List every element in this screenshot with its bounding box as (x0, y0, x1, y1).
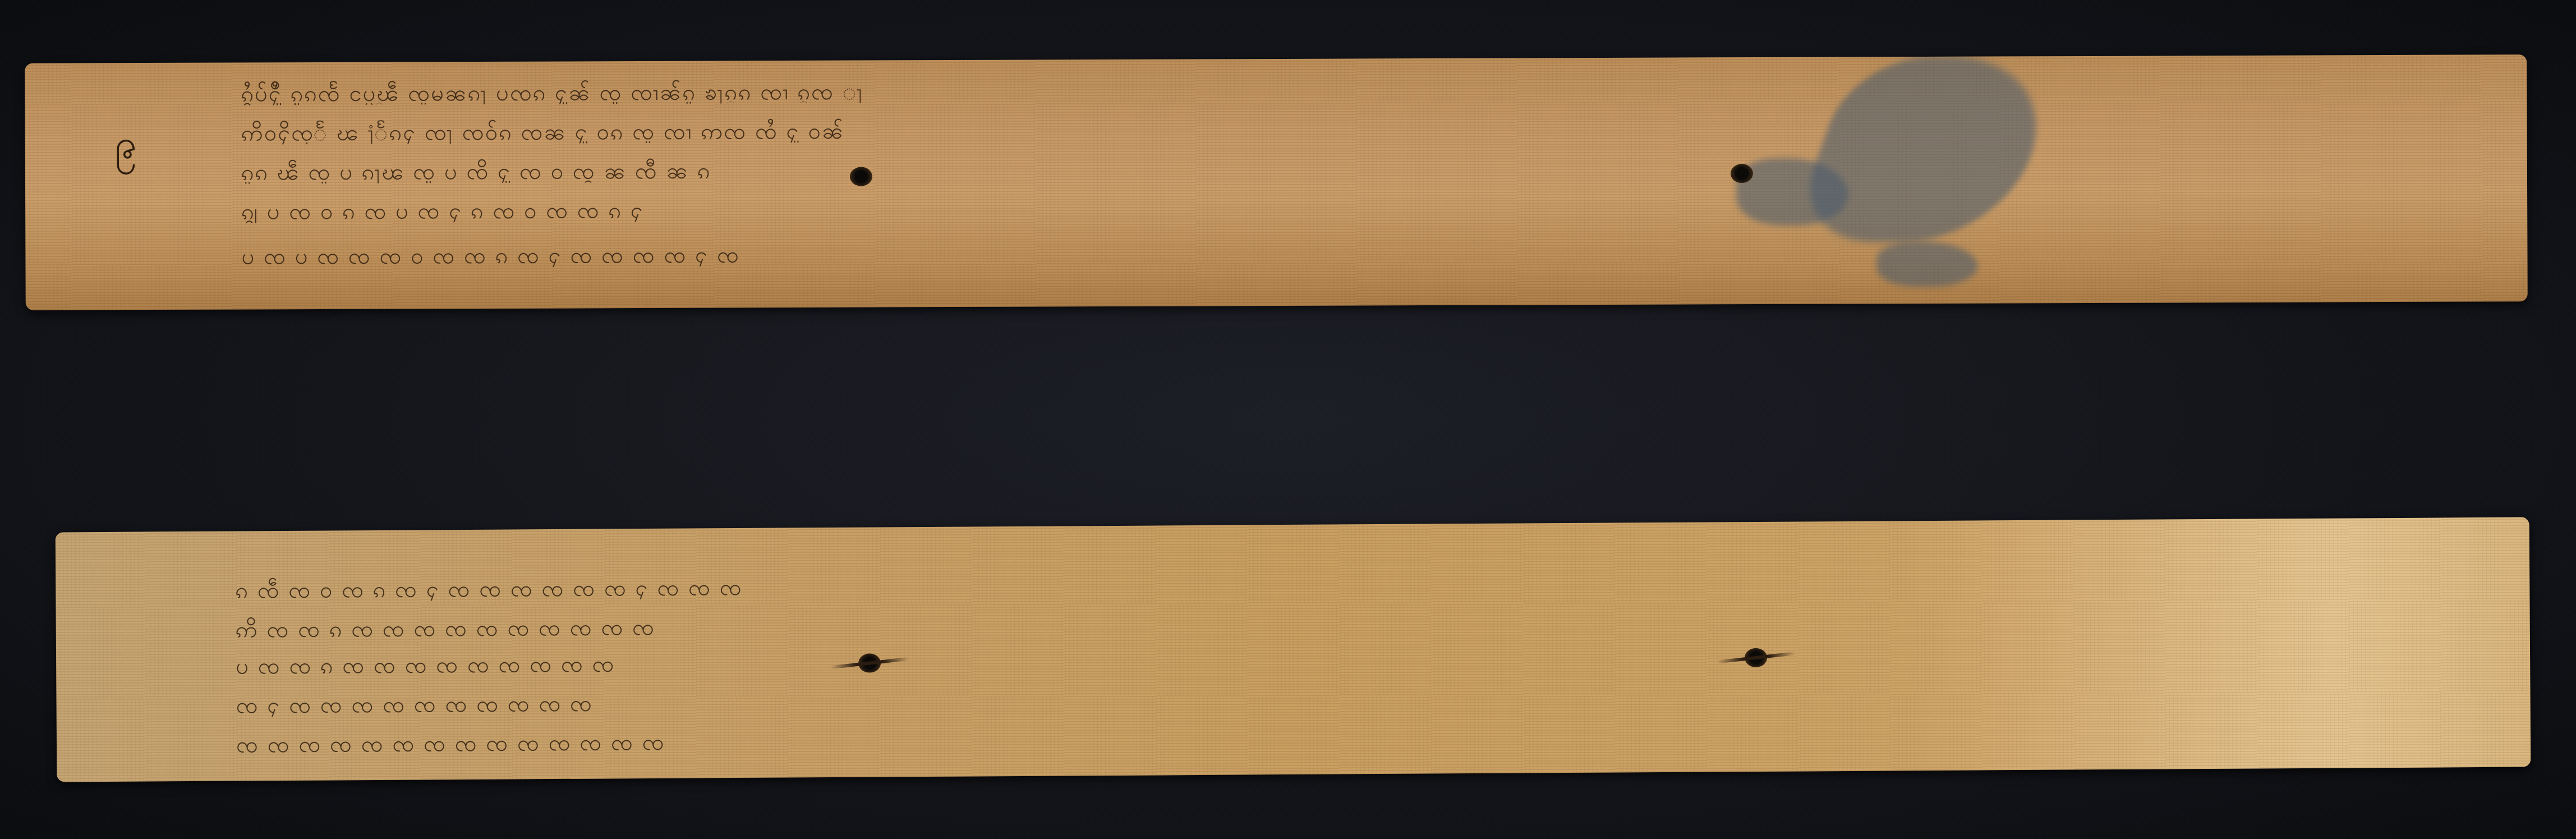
script-line-1: ၵ ၸဵ ၸ ဝ ၸ ၵ ၸ ႁ ၸ ၸ ၸ ၸ ၸ ၸ ႁ ၸ ၸ ၸ (235, 562, 2451, 602)
ink-stain (1876, 242, 1977, 287)
script-line-3: ၵူၵ ၽဵ ၸူ ပ ၵႃၽ ၸူ ပ ၸိ ႁူ ၸ ဝ ၸွ ၼ ၸီ ၼ… (241, 151, 2289, 184)
palm-leaf-lower: ၵ ၸဵ ၸ ဝ ၸ ၵ ၸ ႁ ၸ ၸ ၸ ၸ ၸ ၸ ႁ ၸ ၸ ၸ ဢိ … (56, 517, 2531, 782)
margin-mark: ၉ (115, 119, 137, 177)
script-line-4: ၸ ႁ ၸ ၸ ၸ ၸ ၸ ၸ ၸ ၸ ၸ ၸ (236, 677, 2451, 717)
script-line-5: ၸ ၸ ၸ ၸ ၸ ၸ ၸ ၸ ၸ ၸ ၸ ၸ ၸ ၸ (236, 717, 2452, 756)
string-hole-right (1745, 648, 1767, 667)
script-line-2: ဢိဝႁိၸုႅ ၽ ႞ႅၵႁ ၸႃ ၸဝ်ၵ ၸၼ ႁူ ဝၵ ၸူ ၸၢ ဢ… (241, 112, 2289, 145)
string-hole-left (850, 167, 872, 186)
script-line-1: ၵွႆပ်ႁိႆူ ၵူၵၸႅ ငပ္ပ္ၽဵ ၸူမၼၵႃ ပၸၵ ႁူၼ် … (241, 72, 2288, 106)
ink-stain (1787, 56, 2067, 242)
ink-stain (1736, 158, 1848, 226)
script-line-2: ဢိ ၸ ၸ ၵ ၸ ၸ ၸ ၸ ၸ ၸ ၸ ၸ ၸ ၸ (236, 602, 2451, 641)
script-line-5: ပ ၸ ပ ၸ ၸ ၸ ဝ ၸ ၸ ၵ ၸ ႁ ၸ ၸ ၸ ၸ ႁ ၸ (241, 235, 2289, 268)
script-line-3: ပ ၸ ၸ ၵ ၸ ၸ ၸ ၸ ၸ ၸ ၸ ၸ ၸ (236, 638, 2451, 677)
palm-leaf-upper: ၉ ၵွႆပ်ႁိႆူ ၵူၵၸႅ ငပ္ပ္ၽဵ ၸူမၼၵႃ ပၸၵ ႁူၼ… (25, 54, 2528, 310)
string-hole-left (858, 653, 881, 672)
string-hole-right (1731, 164, 1753, 183)
script-line-4: ၵျွ ပ ၸ ဝ ၵ ၸ ပ ၸ ႁ ၵ ၸ ဝ ၸ ၸ ၵ ႁ (241, 190, 2289, 223)
